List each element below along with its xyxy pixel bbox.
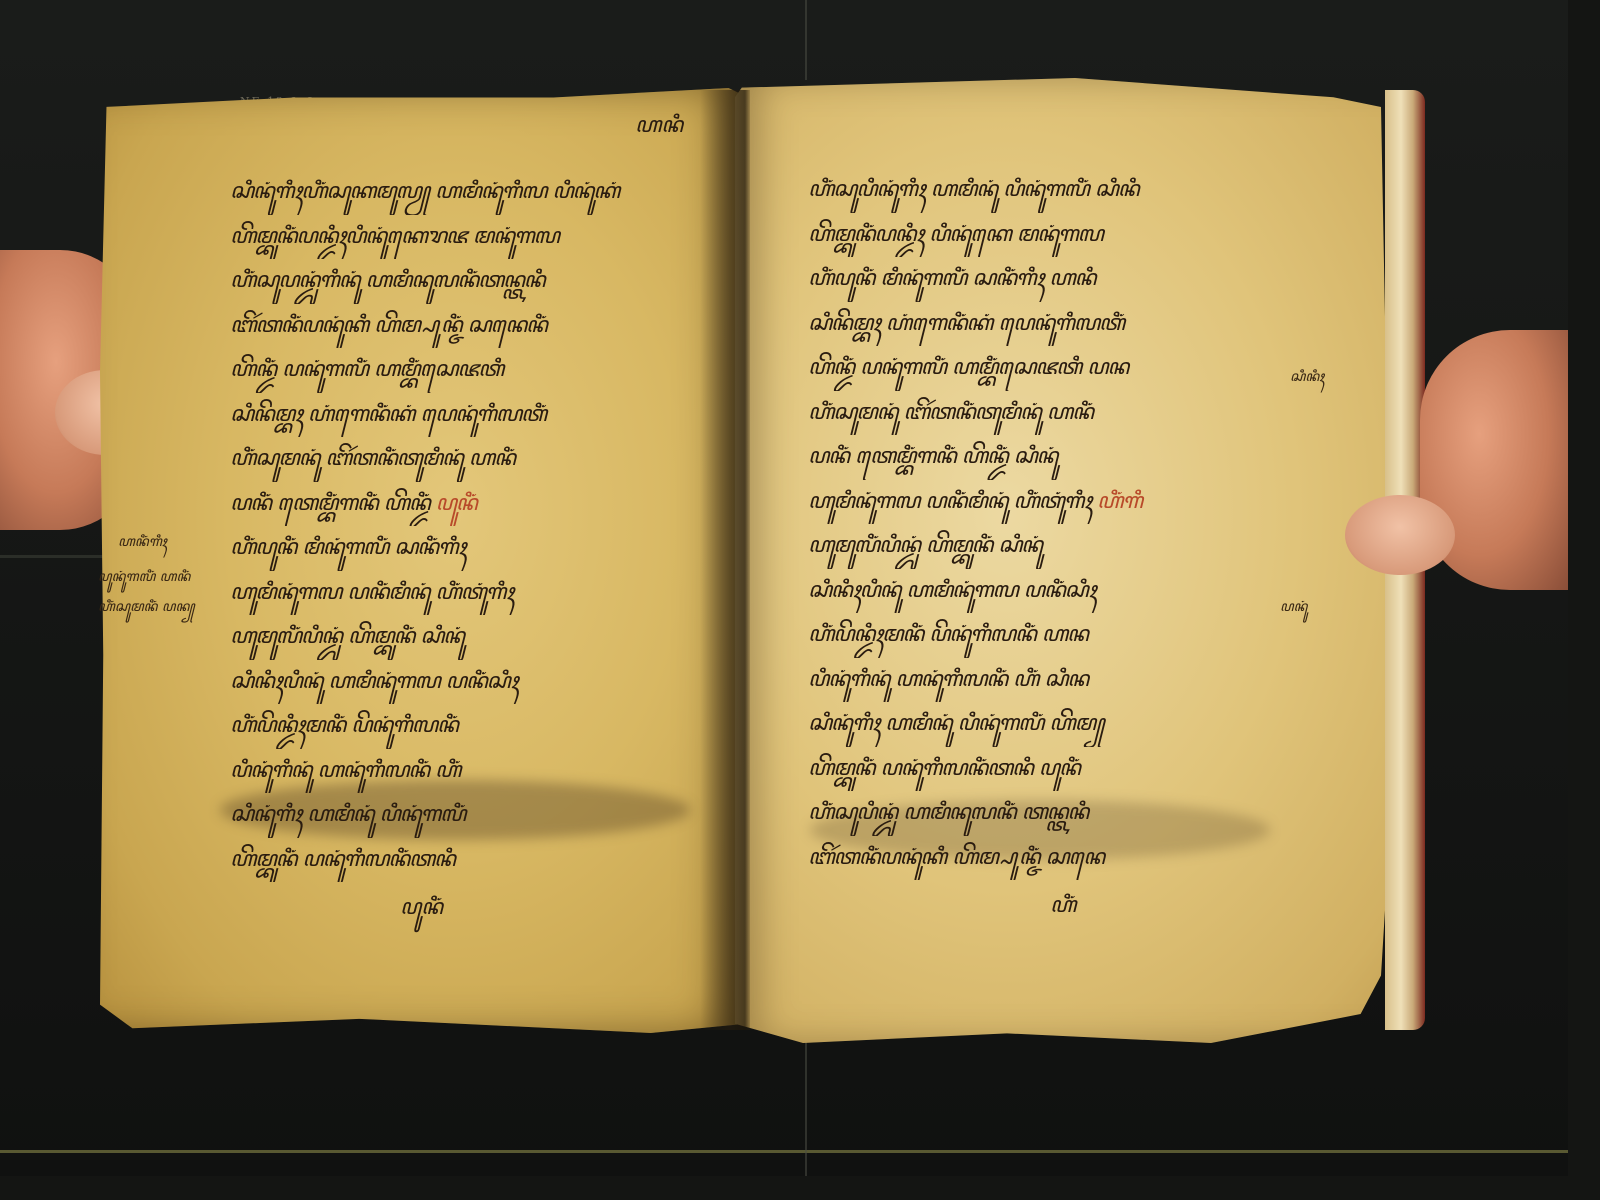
margin-note: ꦲꦶꦁꦱꦸꦩꦤꦶꦁ ꦥꦤ꧀: [98, 595, 195, 624]
manuscript-line: ꦱꦶꦤꦶꦃꦥꦶꦤꦸꦁ ꦲꦩꦶꦤꦸꦁꦒꦭ ꦥꦤꦶꦁꦱꦶꦃ: [230, 660, 700, 705]
manuscript-line: ꦲꦶꦁꦥꦼꦤ꧀ꦢꦶꦃꦩꦤꦶꦁ ꦥꦼꦤꦸꦁꦒꦶꦭꦤꦶꦁ ꦲꦤ: [808, 613, 1328, 658]
manuscript-line: ꦱꦶꦤꦼꦩ꧀ꦧꦃ ꦲꦁꦒꦺꦤꦶꦁꦏꦁ ꦥꦺꦤꦸꦁꦒꦶꦭꦠꦶꦁ: [808, 302, 1328, 347]
table-seam: [0, 1150, 1568, 1153]
margin-note: ꦱꦶꦤꦶꦃ: [1290, 365, 1324, 394]
right-page-text: ꦲꦶꦁꦱꦸꦥꦶꦤꦸꦁꦒꦶꦃ ꦲꦩꦶꦤꦸꦁ ꦥꦶꦤꦸꦁꦒꦭꦶꦁ ꦱꦶꦤꦶ ꦲꦼꦩ꧀…: [808, 168, 1328, 880]
manuscript-line: ꦲꦼꦩ꧀ꦧꦸꦤꦶꦁ ꦥꦤꦸꦁꦒꦶꦭꦤꦶꦁꦠꦤꦶ: [230, 838, 700, 883]
manuscript-line-with-rubric: ꦥꦤꦶꦁ ꦠꦺꦩ꧀ꦧꦶꦁꦒꦤꦶꦁ ꦲꦼꦤ꧀ꦢꦶꦁ ꦥꦸꦤꦶꦁ: [230, 482, 700, 527]
manuscript-line: ꦱꦶꦤꦶꦃꦥꦶꦤꦸꦁ ꦲꦩꦶꦤꦸꦁꦒꦭ ꦥꦤꦶꦁꦱꦶꦃ: [808, 569, 1328, 614]
manuscript-line: ꦲꦶꦁꦱꦸꦥꦶꦤꦸꦁꦒꦶꦃ ꦲꦩꦶꦤꦸꦁ ꦥꦶꦤꦸꦁꦒꦭꦶꦁ ꦱꦶꦤꦶ: [808, 168, 1328, 213]
manuscript-line-with-rubric: ꦲꦸꦩꦶꦤꦸꦁꦒꦭ ꦥꦤꦶꦁꦩꦶꦤꦸꦁ ꦲꦶꦁꦠꦸꦁꦒꦶꦃ ꦲꦶꦁꦒꦶ: [808, 480, 1328, 525]
manuscript-line: ꦲꦼꦤ꧀ꦢꦶꦁ ꦥꦤꦸꦁꦒꦭꦶꦁ ꦲꦩ꧀ꦧꦶꦁꦱꦺꦗꦠꦶ ꦥꦤ: [808, 346, 1328, 391]
manuscript-line: ꦥꦶꦤꦸꦁꦒꦶꦤꦸꦁ ꦲꦤꦸꦁꦒꦶꦭꦤꦶꦁ ꦲꦶꦁ: [230, 749, 700, 794]
manuscript-line: ꦱꦶꦤꦸꦁꦒꦶꦃ ꦲꦩꦶꦤꦸꦁ ꦥꦶꦤꦸꦁꦒꦭꦶꦁ: [230, 793, 700, 838]
manuscript-line: ꦲꦶꦁꦥꦸꦤꦶꦁ ꦩꦶꦤꦸꦁꦒꦭꦶꦁ ꦱꦤꦶꦁꦒꦶꦃ ꦲꦤꦶ: [808, 257, 1328, 302]
red-rubric: ꦥꦸꦤꦶꦁ: [436, 491, 477, 516]
manuscript-line: ꦲꦼꦩ꧀ꦧꦸꦤꦶꦁꦥꦤ꧀ꦢꦶꦃ ꦥꦶꦤꦸꦁꦏꦺ ꦩꦤꦸꦁꦒꦭ: [808, 213, 1328, 258]
margin-note: ꦲꦤꦶꦁꦒꦶꦃ: [118, 530, 167, 559]
manuscript-line: ꦲꦶꦁꦱꦸꦥꦤ꧀ꦢꦸꦁꦒꦶꦤꦸꦁ ꦲꦩꦶꦤꦸꦭꦤꦶꦁꦠꦤ꧀ꦠꦤꦶ: [230, 259, 700, 304]
manuscript-line: ꦲꦸꦩꦸꦭꦶꦁꦥꦶꦤ꧀ꦢꦸꦁ ꦲꦼꦩ꧀ꦧꦸꦤꦶꦁ ꦱꦶꦤꦸꦁ: [230, 615, 700, 660]
catchword: ꦲꦶꦁ: [1050, 888, 1076, 933]
manuscript-line: ꦲꦼꦩ꧀ꦧꦸꦤꦶꦁꦥꦤ꧀ꦢꦶꦃꦥꦶꦤꦸꦁꦏꦺꦫꦗ ꦩꦤꦸꦁꦒꦭ: [230, 215, 700, 260]
left-page-text: ꦱꦶꦤꦸꦁꦒꦶꦃꦲꦶꦁꦱꦸꦏꦩꦸꦭꦾ ꦲꦩꦶꦤꦸꦁꦒꦶꦭ ꦥꦶꦤꦸꦁꦏꦁ ꦲꦼꦩ…: [230, 170, 700, 882]
manuscript-line: ꦱꦶꦤꦸꦁꦒꦶꦃ ꦲꦩꦶꦤꦸꦁ ꦥꦶꦤꦸꦁꦒꦭꦶꦁ ꦲꦼꦩ꧀: [808, 702, 1328, 747]
manuscript-line: ꦲꦶꦁꦱꦸꦥꦶꦤ꧀ꦢꦸꦁ ꦲꦩꦶꦤꦸꦭꦤꦶꦁ ꦠꦤ꧀ꦠꦤꦶ: [808, 791, 1328, 836]
catchword: ꦥꦸꦤꦶꦁ: [400, 890, 443, 935]
manuscript-line: ꦱꦶꦤꦸꦁꦒꦶꦃꦲꦶꦁꦱꦸꦏꦩꦸꦭꦾ ꦲꦩꦶꦤꦸꦁꦒꦶꦭ ꦥꦶꦤꦸꦁꦏꦁ: [230, 170, 700, 215]
table-seam: [805, 1035, 807, 1176]
manuscript-line: ꦲꦶꦁꦱꦸꦩꦤꦸꦁ ꦧꦼꦂꦠꦤꦶꦁꦠꦸꦩꦶꦤꦸꦁ ꦲꦤꦶꦁ: [230, 437, 700, 482]
manuscript-line: ꦲꦶꦁꦱꦸꦩꦤꦸꦁ ꦧꦼꦂꦠꦤꦶꦁꦠꦸꦩꦶꦤꦸꦁ ꦲꦤꦶꦁ: [808, 391, 1328, 436]
manuscript-line: ꦲꦸꦩꦸꦭꦶꦁꦥꦶꦤ꧀ꦢꦸꦁ ꦲꦼꦩ꧀ꦧꦸꦤꦶꦁ ꦱꦶꦤꦸꦁ: [808, 524, 1328, 569]
manuscript-line: ꦧꦼꦂꦠꦤꦶꦁꦥꦤꦸꦁꦏꦶ ꦲꦼꦩ꧀ꦥꦸꦤ꧀ꦗꦶꦁ ꦱꦤꦺꦤꦶꦁ: [230, 304, 700, 349]
manuscript-line: ꦲꦶꦁꦥꦸꦤꦶꦁ ꦩꦶꦤꦸꦁꦒꦭꦶꦁ ꦱꦤꦶꦁꦒꦶꦃ: [230, 526, 700, 571]
table-seam: [805, 0, 807, 80]
manuscript-line: ꦱꦶꦤꦼꦩ꧀ꦧꦃ ꦲꦁꦒꦺꦤꦶꦁꦏꦁ ꦥꦺꦤꦸꦁꦒꦶꦭꦠꦶꦁ: [230, 393, 700, 438]
manuscript-line: ꦲꦼꦤ꧀ꦢꦶꦁ ꦥꦤꦸꦁꦒꦭꦶꦁ ꦲꦩ꧀ꦧꦶꦁꦱꦺꦗꦠꦶ: [230, 348, 700, 393]
folio-mark: ꦲꦤꦶ: [635, 108, 683, 153]
margin-note: ꦥꦤꦸꦁ: [1280, 595, 1307, 624]
manuscript-line: ꦲꦶꦁꦥꦼꦤ꧀ꦢꦶꦃꦩꦤꦶꦁ ꦥꦼꦤꦸꦁꦒꦶꦭꦤꦶꦁ: [230, 704, 700, 749]
red-rubric: ꦲꦶꦁꦒꦶ: [1097, 489, 1142, 514]
manuscript-line: ꦧꦼꦂꦠꦤꦶꦁꦥꦤꦸꦁꦏꦶ ꦲꦼꦩ꧀ꦥꦸꦤ꧀ꦗꦶꦁ ꦱꦤꦺ: [808, 836, 1328, 881]
manuscript-line: ꦲꦸꦩꦶꦤꦸꦁꦒꦭ ꦥꦤꦶꦁꦩꦶꦤꦸꦁ ꦲꦶꦁꦠꦸꦁꦒꦶꦃ: [230, 571, 700, 616]
right-thumb: [1345, 495, 1455, 575]
manuscript-line: ꦥꦶꦤꦸꦁꦒꦶꦤꦸꦁ ꦲꦤꦸꦁꦒꦶꦭꦤꦶꦁ ꦲꦶꦁ ꦱꦶꦤ: [808, 658, 1328, 703]
manuscript-line: ꦲꦼꦩ꧀ꦧꦸꦤꦶꦁ ꦥꦤꦸꦁꦒꦶꦭꦤꦶꦁꦠꦤꦶ ꦥꦸꦤꦶꦁ: [808, 747, 1328, 792]
manuscript-line: ꦥꦤꦶꦁ ꦠꦺꦩ꧀ꦧꦶꦁꦒꦤꦶꦁ ꦲꦼꦤ꧀ꦢꦶꦁ ꦱꦶꦤꦸꦁ: [808, 435, 1328, 480]
spine-gutter: [700, 90, 750, 1030]
margin-note: ꦥꦸꦤꦸꦁꦒꦭꦶꦁ ꦲꦤꦶꦁ: [98, 565, 190, 594]
